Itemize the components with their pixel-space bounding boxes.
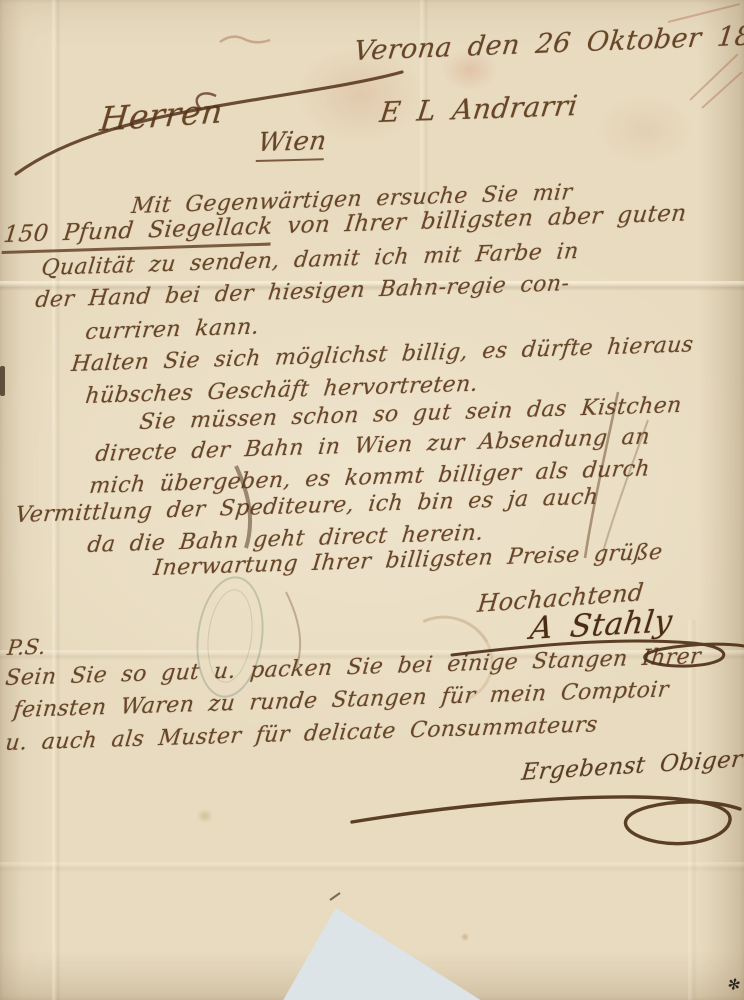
addressee-salutation: Herren xyxy=(98,91,225,140)
faint-red-marks xyxy=(668,4,742,108)
letter-scan: Verona den 26 Oktober 1860 Herren E L An… xyxy=(0,0,744,1000)
horizontal-fold-crease xyxy=(0,862,744,872)
small-pen-tick xyxy=(330,893,340,900)
underlined-order-quantity: 150 Pfund Siegellack xyxy=(2,213,275,254)
faint-red-scribble xyxy=(220,37,270,43)
white-triangle-cutout xyxy=(270,905,482,1000)
vertical-fold-crease xyxy=(52,0,61,1000)
star-mark: ✻ xyxy=(726,974,742,994)
vertical-fold-crease xyxy=(688,620,697,1000)
body-line-5: curriren kann. xyxy=(84,314,260,346)
postscript-signoff: Ergebenst Obiger xyxy=(520,746,744,787)
signature: A Stahly xyxy=(528,603,674,648)
addressee-city-underlined: Wien xyxy=(256,126,329,162)
dateline: Verona den 26 Oktober 1860 xyxy=(352,19,744,68)
addressee-name: E L Andrarri xyxy=(378,89,580,130)
addressee-city: Wien xyxy=(256,126,328,159)
ink-smudge-left-edge xyxy=(0,366,5,396)
postscript-label: P.S. xyxy=(6,635,47,661)
postscript-flourish xyxy=(352,797,740,844)
